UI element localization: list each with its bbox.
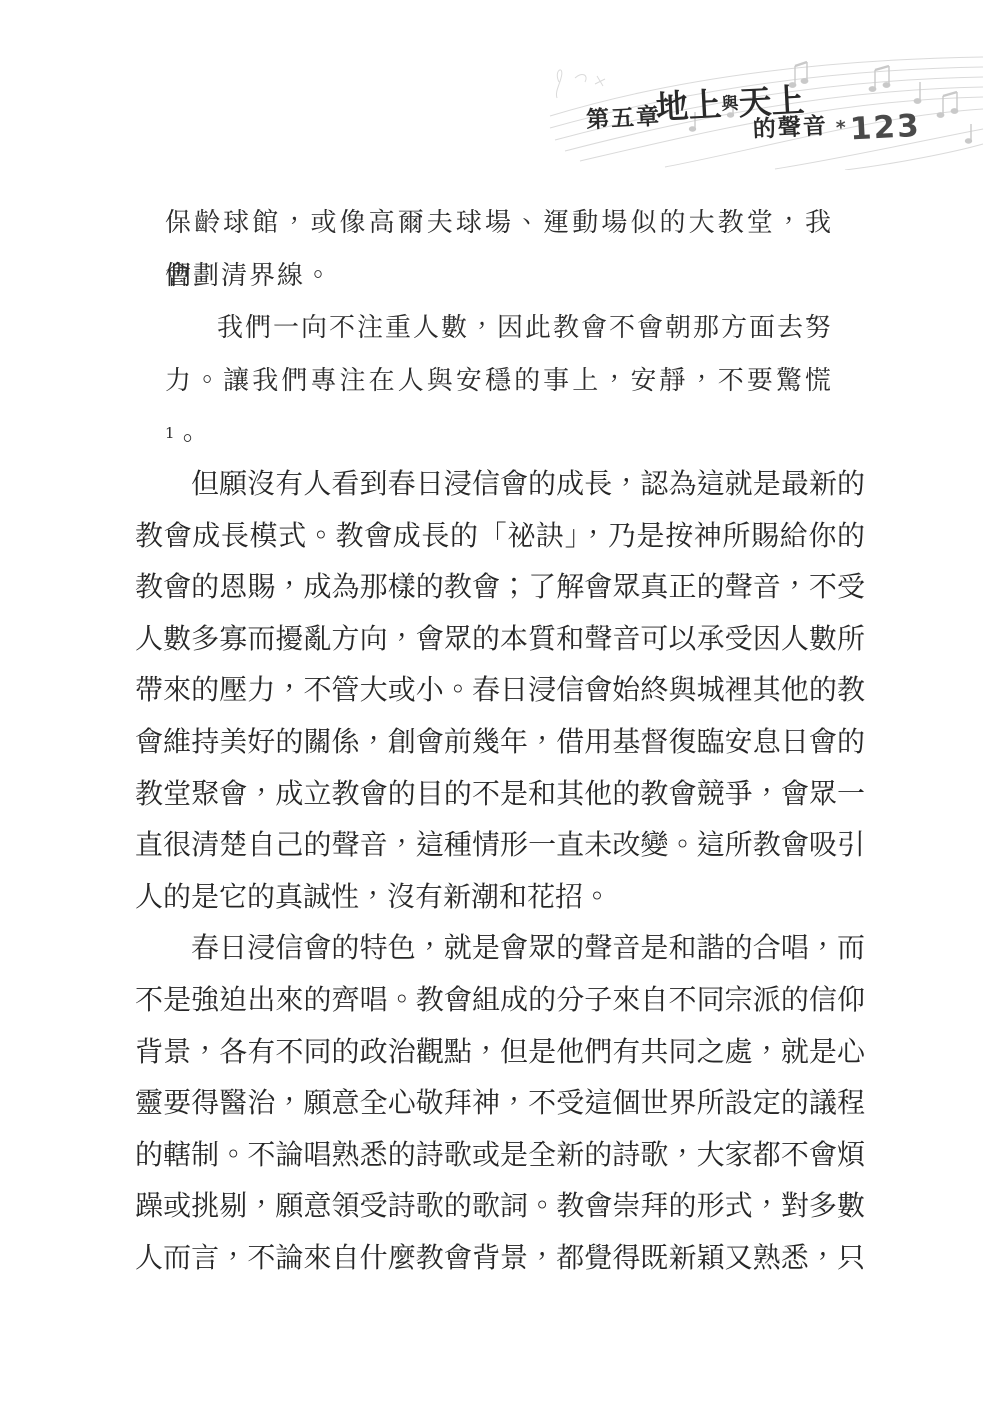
body-line: 背景，各有不同的政治觀點，但是他們有共同之處，就是心 xyxy=(135,1026,865,1078)
body-line: 教堂聚會，成立教會的目的不是和其他的教會競爭，會眾一 xyxy=(135,768,865,820)
body-line: 的轄制。不論唱熟悉的詩歌或是全新的詩歌，大家都不會煩 xyxy=(135,1129,865,1181)
body-line: 靈要得醫治，願意全心敬拜神，不受這個世界所設定的議程 xyxy=(135,1077,865,1129)
body-line: 會維持美好的關係，創會前幾年，借用基督復臨安息日會的 xyxy=(135,716,865,768)
body-line: 教會的恩賜，成為那樣的教會；了解會眾真正的聲音，不受 xyxy=(135,561,865,613)
body-line: 帶來的壓力，不管大或小。春日浸信會始終與城裡其他的教 xyxy=(135,664,865,716)
page-number: *123 xyxy=(835,108,921,148)
body-line: 但願沒有人看到春日浸信會的成長，認為這就是最新的 xyxy=(135,458,865,510)
quote-line-with-footnote: 力。讓我們專注在人與安穩的事上，安靜，不要驚慌1。 xyxy=(165,355,833,408)
body-line: 人而言，不論來自什麼教會背景，都覺得既新穎又熟悉，只 xyxy=(135,1232,865,1284)
quote-line-text: 力。讓我們專注在人與安穩的事上，安靜，不要驚慌 xyxy=(165,366,833,396)
quote-line: 我們一向不注重人數，因此教會不會朝那方面去努 xyxy=(165,302,833,355)
page-number-value: 123 xyxy=(849,108,922,148)
chapter-title-conjunction: 與 xyxy=(721,94,739,115)
body-line: 直很清楚自己的聲音，這種情形一直未改變。這所教會吸引 xyxy=(135,819,865,871)
body-line: 不是強迫出來的齊唱。教會組成的分子來自不同宗派的信仰 xyxy=(135,974,865,1026)
book-page: 第五章 地上與天上 的聲音 *123 保齡球館，或像高爾夫球場、運動場似的大教堂… xyxy=(0,0,1000,1412)
body-line: 人數多寡而擾亂方向，會眾的本質和聲音可以承受因人數所 xyxy=(135,613,865,665)
body-line: 躁或挑剔，願意領受詩歌的歌詞。教會崇拜的形式，對多數 xyxy=(135,1180,865,1232)
quote-line-end: 。 xyxy=(175,425,203,455)
quote-line: 保齡球館，或像高爾夫球場、運動場似的大教堂，我們 xyxy=(165,197,833,250)
body-line: 人的是它的真誠性，沒有新潮和花招。 xyxy=(135,871,865,923)
chapter-title-part1: 地上 xyxy=(655,85,723,127)
body-line: 教會成長模式。教會成長的「祕訣」，乃是按神所賜給你的 xyxy=(135,510,865,562)
footnote-reference: 1 xyxy=(165,424,175,442)
page-number-star-icon: * xyxy=(835,117,846,139)
body-text: 但願沒有人看到春日浸信會的成長，認為這就是最新的 教會成長模式。教會成長的「祕訣… xyxy=(135,458,865,1284)
body-line: 春日浸信會的特色，就是會眾的聲音是和諧的合唱，而 xyxy=(135,922,865,974)
quote-line: 會劃清界線。 xyxy=(165,250,833,303)
quote-block: 保齡球館，或像高爾夫球場、運動場似的大教堂，我們 會劃清界線。 我們一向不注重人… xyxy=(165,197,833,407)
chapter-label: 第五章 xyxy=(585,98,662,135)
chapter-title-line2: 的聲音 xyxy=(752,107,829,144)
